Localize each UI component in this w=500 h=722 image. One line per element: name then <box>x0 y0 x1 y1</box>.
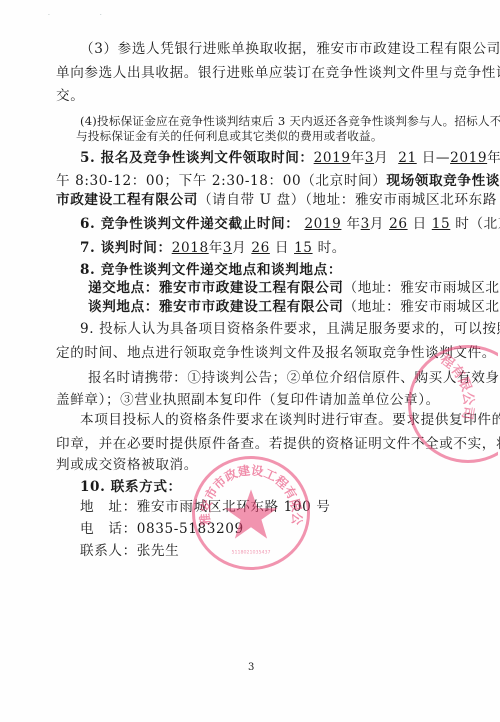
item-5-line3: 市政建设工程有限公司（请自带 U 盘）（地址：雅安市雨城区北环东路 100 号）… <box>56 192 450 209</box>
item-5-line2: 午 8:30-12：00；下午 2:30-18：00（北京时间）现场领取竞争性谈… <box>56 173 450 190</box>
item-9-line2: 定的时间、地点进行领取竞争性谈判文件及报名领取竞争性谈判文件。 <box>56 345 450 362</box>
phone-value: 0835-5183209 <box>137 521 244 537</box>
review-line1: 本项目投标人的资格条件要求在谈判时进行审查。要求提供复印件的必须加盖单位 <box>80 412 450 429</box>
contact-address: 地 址：雅安市雨城区北环东路 100 号 <box>80 499 450 516</box>
negotiation-hour: 15 <box>289 240 318 256</box>
negotiation-year: 2018 <box>172 240 209 256</box>
page-number: 3 <box>248 662 254 673</box>
negotiation-location-label: 谈判地点：雅安市市政建设工程有限公司 <box>88 299 344 315</box>
day-unit: 日 <box>275 240 289 256</box>
submission-location: 递交地点：雅安市市政建设工程有限公司（地址：雅安市雨城区北环东路 100 号）； <box>88 280 482 297</box>
year-unit: 年 <box>209 240 223 256</box>
review-line3: 判或成交资格被取消。 <box>56 457 450 474</box>
pickup-address: （请自带 U 盘）（地址：雅安市雨城区北环东路 100 号）。 <box>198 192 500 208</box>
item-7-label: 7. 谈判时间： <box>80 240 172 256</box>
month-unit: 月 <box>374 150 388 166</box>
paragraph-4-line2: 与投标保证金有关的任何利息或其它类似的费用或者收益。 <box>76 128 470 145</box>
office-hours: 午 8:30-12：00；下午 2:30-18：00（北京时间） <box>56 173 386 189</box>
month-unit: 月 <box>370 216 384 232</box>
year-unit: 年 <box>351 150 365 166</box>
item-10-label: 10. 联系方式： <box>80 479 450 496</box>
hour-unit: 时。 <box>318 240 346 256</box>
address-value: 雅安市雨城区北环东路 100 号 <box>137 499 331 515</box>
day-unit: 日— <box>422 150 450 166</box>
negotiation-location: 谈判地点：雅安市市政建设工程有限公司（地址：雅安市雨城区北环东路 100 号）。 <box>88 299 482 316</box>
document-page: · · （3）参选人凭银行进账单换取收据，雅安市市政建设工程有限公司凭银行收款回… <box>0 0 500 722</box>
paragraph-3-line2: 单向参选人出具收据。银行进账单应装订在竞争性谈判文件里与竞争性谈判文件同时递 <box>56 65 450 82</box>
negotiation-month: 3 <box>223 240 232 256</box>
review-line2: 印章，并在必要时提供原件备查。若提供的资格证明文件不全或不实，将导致其参加谈 <box>56 436 450 453</box>
end-year: 2019 <box>450 150 487 166</box>
item-9-line1: 9. 投标人认为具备项目资格条件要求，且满足服务要求的，可以按照本谈判公告规 <box>80 321 450 338</box>
address-label: 地 址： <box>80 499 137 515</box>
year-unit: 年 <box>346 216 360 232</box>
item-5-line1: 5. 报名及竞争性谈判文件领取时间：2019年3月 21日—2019年3月25日… <box>80 150 450 167</box>
submission-location-label: 递交地点：雅安市市政建设工程有限公司 <box>88 280 344 296</box>
year-unit: 年 <box>487 150 500 166</box>
phone-label: 电 话： <box>80 521 137 537</box>
contact-person: 联系人：张先生 <box>80 543 450 560</box>
start-day: 21 <box>393 150 422 166</box>
negotiation-day: 26 <box>246 240 275 256</box>
deadline-day: 26 <box>384 216 413 232</box>
paragraph-3-line3: 交。 <box>56 88 450 105</box>
item-7: 7. 谈判时间：2018年3月26日15时。 <box>80 240 450 257</box>
deadline-month: 3 <box>361 216 370 232</box>
registration-requirements-line2: 盖鲜章）；③营业执照副本复印件（复印件请加盖单位公章）。 <box>56 392 450 409</box>
item-5-label: 5. 报名及竞争性谈判文件领取时间： <box>80 150 314 166</box>
start-year: 2019 <box>314 150 351 166</box>
contact-value: 张先生 <box>137 543 180 559</box>
day-unit: 日 <box>413 216 427 232</box>
company-name: 市政建设工程有限公司 <box>56 192 198 208</box>
submission-address: （地址：雅安市雨城区北环东路 100 号）； <box>344 280 500 296</box>
pickup-location-label: 现场领取竞争性谈判文件地点：雅安市 <box>386 173 500 189</box>
item-6: 6. 竞争性谈判文件递交截止时间：2019年3月26日15时（北京时间）； <box>80 216 450 233</box>
registration-requirements-line1: 报名时请携带：①持谈判公告；②单位介绍信原件、购买人有效身份证（复印件 <box>88 370 482 387</box>
start-month: 3 <box>365 150 374 166</box>
item-8-label: 8. 竞争性谈判文件递交地点和谈判地点： <box>80 262 450 279</box>
scan-marks: · · <box>48 12 126 19</box>
deadline-hour: 15 <box>427 216 456 232</box>
item-6-label: 6. 竞争性谈判文件递交截止时间： <box>80 216 299 232</box>
contact-phone: 电 话：0835-5183209 <box>80 521 450 538</box>
contact-label: 联系人： <box>80 543 137 559</box>
deadline-year: 2019 <box>299 216 346 232</box>
paragraph-3-line1: （3）参选人凭银行进账单换取收据，雅安市市政建设工程有限公司凭银行收款回 <box>80 41 450 58</box>
negotiation-address: （地址：雅安市雨城区北环东路 100 号）。 <box>344 299 500 315</box>
month-unit: 月 <box>232 240 246 256</box>
hour-unit: 时（北京时间）； <box>455 216 500 232</box>
